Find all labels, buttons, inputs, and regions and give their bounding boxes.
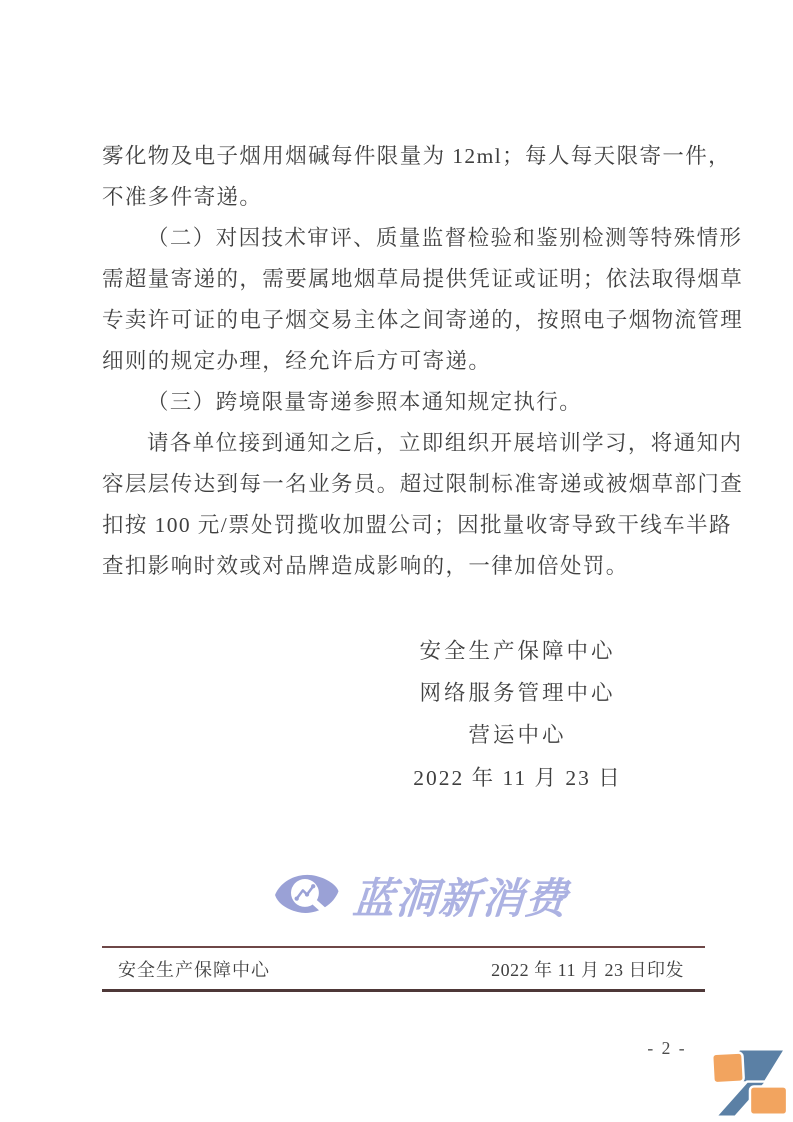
signature-block: 安全生产保障中心 网络服务管理中心 营运中心 2022 年 11 月 23 日 <box>330 636 705 804</box>
signature-date: 2022 年 11 月 23 日 <box>330 762 705 804</box>
document-page: 雾化物及电子烟用烟碱每件限量为 12ml；每人每天限寄一件， 不准多件寄递。 （… <box>0 0 793 1122</box>
body-line: 需超量寄递的，需要属地烟草局提供凭证或证明；依法取得烟草 <box>102 264 714 305</box>
body-line: 细则的规定办理，经允许后方可寄递。 <box>102 346 714 387</box>
z-logo <box>705 1046 791 1120</box>
body-text: 雾化物及电子烟用烟碱每件限量为 12ml；每人每天限寄一件， 不准多件寄递。 （… <box>102 141 714 592</box>
body-line: 容层层传达到每一名业务员。超过限制标准寄递或被烟草部门查 <box>102 469 714 510</box>
footer: 安全生产保障中心 2022 年 11 月 23 日印发 <box>118 956 684 982</box>
footer-rule-bottom <box>102 989 705 992</box>
footer-issuer: 安全生产保障中心 <box>118 956 270 982</box>
watermark-text: 蓝洞新消费 <box>351 866 570 926</box>
footer-print-date: 2022 年 11 月 23 日印发 <box>491 956 684 982</box>
footer-rule-top <box>102 946 705 948</box>
body-line: （二）对因技术审评、质量监督检验和鉴别检测等特殊情形 <box>102 223 714 264</box>
eye-magnifier-icon <box>274 871 340 922</box>
body-line: 专卖许可证的电子烟交易主体之间寄递的，按照电子烟物流管理 <box>102 305 714 346</box>
signature-line: 营运中心 <box>330 720 705 762</box>
signature-line: 网络服务管理中心 <box>330 678 705 720</box>
page-number: - 2 - <box>632 1038 702 1059</box>
body-line: 不准多件寄递。 <box>102 182 714 223</box>
body-line: 请各单位接到通知之后，立即组织开展培训学习，将通知内 <box>102 428 714 469</box>
body-line: （三）跨境限量寄递参照本通知规定执行。 <box>102 387 714 428</box>
signature-line: 安全生产保障中心 <box>330 636 705 678</box>
body-line: 扣按 100 元/票处罚揽收加盟公司；因批量收寄导致干线车半路 <box>102 510 714 551</box>
watermark: 蓝洞新消费 <box>274 866 568 926</box>
body-line: 查扣影响时效或对品牌造成影响的，一律加倍处罚。 <box>102 551 714 592</box>
body-line: 雾化物及电子烟用烟碱每件限量为 12ml；每人每天限寄一件， <box>102 141 714 182</box>
